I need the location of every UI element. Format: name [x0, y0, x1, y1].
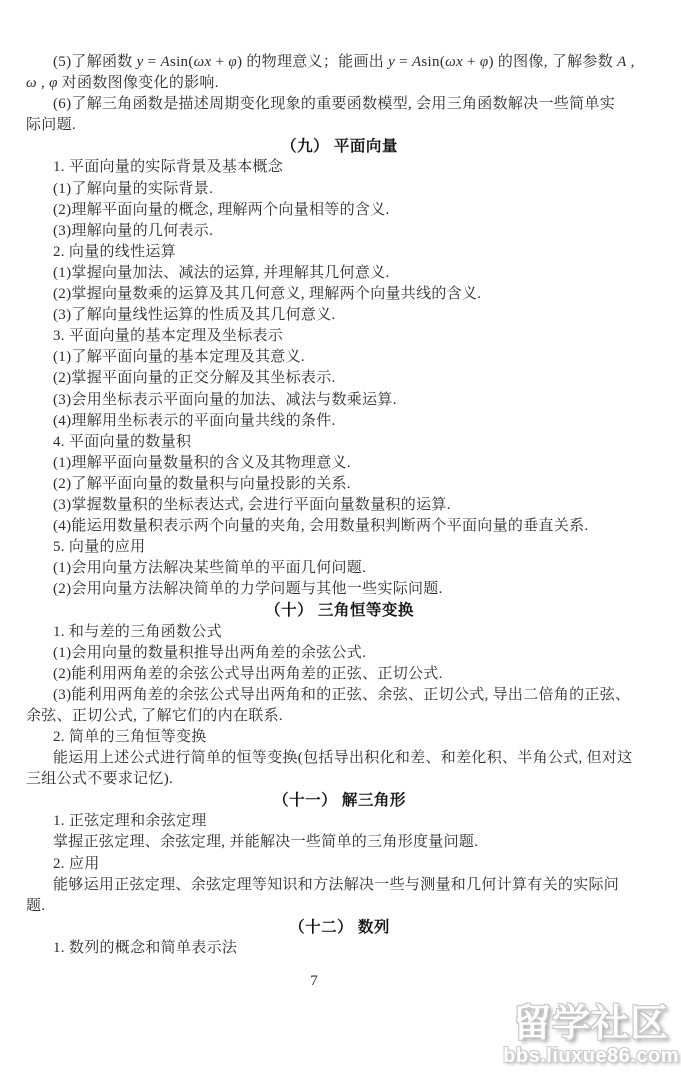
text-run: ) 的图像, 了解参数: [488, 54, 617, 70]
text-line: (1)理解平面向量数量积的含义及其物理意义.: [26, 453, 653, 474]
text-run: ,: [37, 75, 49, 91]
text-line: 5. 向量的应用: [26, 537, 653, 558]
text-run: =: [144, 54, 161, 70]
text-line: 1. 和与差的三角函数公式: [26, 622, 653, 643]
text-line: (1)会用向量的数量积推导出两角差的余弦公式.: [26, 643, 653, 664]
text-line: 题.: [26, 896, 653, 917]
text-line: (3)了解向量线性运算的性质及其几何意义.: [26, 305, 653, 326]
text-line: (3)掌握数量积的坐标表达式, 会进行平面向量数量积的运算.: [26, 495, 653, 516]
text-line: (1)掌握向量加法、减法的运算, 并理解其几何意义.: [26, 263, 653, 284]
math-symbol: φ: [49, 75, 58, 91]
math-symbol: ωx: [194, 54, 212, 70]
text-line: 1. 数列的概念和简单表示法: [26, 938, 653, 959]
watermark: 留学社区 bbs.liuxue86.com: [503, 1005, 679, 1066]
text-line: (4)能运用数量积表示两个向量的夹角, 会用数量积判断两个平面向量的垂直关系.: [26, 516, 653, 537]
text-line: 余弦、正切公式, 了解它们的内在联系.: [26, 706, 653, 727]
math-symbol: A: [412, 54, 421, 70]
text-line: (1)了解向量的实际背景.: [26, 179, 653, 200]
text-line: 2. 应用: [26, 854, 653, 875]
page-number: 7: [0, 973, 628, 990]
text-line: (3)会用坐标表示平面向量的加法、减法与数乘运算.: [26, 390, 653, 411]
math-symbol: φ: [228, 54, 237, 70]
text-line: (4)理解用坐标表示的平面向量共线的条件.: [26, 411, 653, 432]
text-line: (6)了解三角函数是描述周期变化现象的重要函数模型, 会用三角函数解决一些简单实: [26, 94, 653, 115]
text-line: 2. 简单的三角恒等变换: [26, 727, 653, 748]
text-line: 能够运用正弦定理、余弦定理等知识和方法解决一些与测量和几何计算有关的实际问: [26, 875, 653, 896]
text-line: 1. 正弦定理和余弦定理: [26, 811, 653, 832]
text-run: =: [395, 54, 412, 70]
text-line: (2)能利用两角差的余弦公式导出两角差的正弦、正切公式.: [26, 664, 653, 685]
section-heading: （十一） 解三角形: [26, 790, 653, 811]
text-run: ) 的物理意义；能画出: [237, 54, 388, 70]
text-line: (5)了解函数 y = Asin(ωx + φ) 的物理意义；能画出 y = A…: [26, 52, 653, 73]
text-line: (2)了解平面向量的数量积与向量投影的关系.: [26, 474, 653, 495]
text-line: (3)能利用两角差的余弦公式导出两角和的正弦、余弦、正切公式, 导出二倍角的正弦…: [26, 685, 653, 706]
text-line: 三组公式不要求记忆).: [26, 769, 653, 790]
text-line: (1)了解平面向量的基本定理及其意义.: [26, 347, 653, 368]
math-symbol: y: [137, 54, 144, 70]
text-line: 1. 平面向量的实际背景及基本概念: [26, 157, 653, 178]
text-line: (2)会用向量方法解决简单的力学问题与其他一些实际问题.: [26, 579, 653, 600]
text-line: 3. 平面向量的基本定理及坐标表示: [26, 326, 653, 347]
section-heading: （十二） 数列: [26, 917, 653, 938]
math-symbol: A: [160, 54, 169, 70]
math-symbol: A: [617, 54, 626, 70]
text-run: ,: [627, 54, 635, 70]
text-run: (5)了解函数: [53, 54, 137, 70]
text-line: (2)掌握向量数乘的运算及其几何意义, 理解两个向量共线的含义.: [26, 284, 653, 305]
watermark-logo-text: 留学社区: [503, 1005, 679, 1043]
text-line: 4. 平面向量的数量积: [26, 432, 653, 453]
text-line: 掌握正弦定理、余弦定理, 并能解决一些简单的三角形度量问题.: [26, 832, 653, 853]
text-line: ω , φ 对函数图像变化的影响.: [26, 73, 653, 94]
document-body: (5)了解函数 y = Asin(ωx + φ) 的物理意义；能画出 y = A…: [26, 52, 653, 959]
section-heading: （九） 平面向量: [26, 136, 653, 157]
text-line: (1)会用向量方法解决某些简单的平面几何问题.: [26, 558, 653, 579]
document-page: (5)了解函数 y = Asin(ωx + φ) 的物理意义；能画出 y = A…: [0, 0, 681, 1072]
text-line: (2)理解平面向量的概念, 理解两个向量相等的含义.: [26, 200, 653, 221]
text-line: 2. 向量的线性运算: [26, 242, 653, 263]
text-run: sin(: [421, 54, 445, 70]
watermark-url-text: bbs.liuxue86.com: [503, 1046, 679, 1066]
text-line: (3)理解向量的几何表示.: [26, 221, 653, 242]
text-line: 际问题.: [26, 115, 653, 136]
math-symbol: ω: [26, 75, 37, 91]
text-line: (2)掌握平面向量的正交分解及其坐标表示.: [26, 368, 653, 389]
text-run: 对函数图像变化的影响.: [58, 75, 219, 91]
math-symbol: ωx: [445, 54, 463, 70]
text-line: 能运用上述公式进行简单的恒等变换(包括导出积化和差、和差化积、半角公式, 但对这: [26, 748, 653, 769]
text-run: +: [212, 54, 229, 70]
text-run: +: [463, 54, 480, 70]
text-run: sin(: [170, 54, 194, 70]
section-heading: （十） 三角恒等变换: [26, 600, 653, 621]
